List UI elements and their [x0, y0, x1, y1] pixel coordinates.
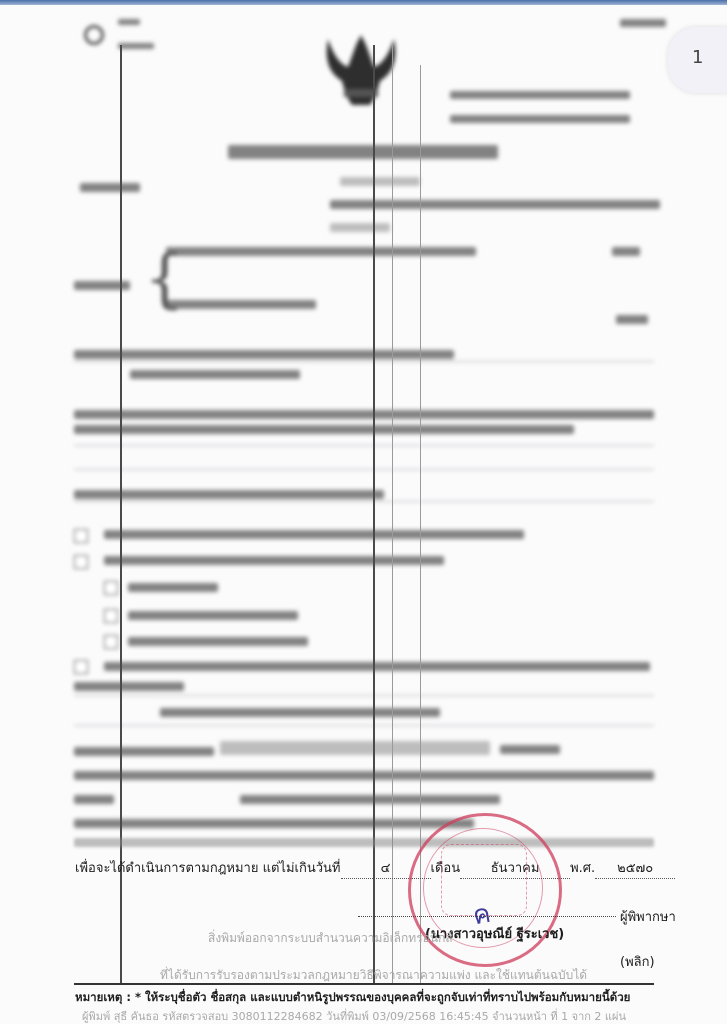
- deadline-year: ๒๕๗๐: [595, 857, 675, 879]
- print-footer: ผู้พิมพ์ สุธี คันธอ รหัสตรวจสอบ 30801122…: [82, 1007, 626, 1024]
- judge-role: ผู้พิพากษา: [620, 906, 676, 927]
- page-number-badge[interactable]: 1: [668, 27, 727, 93]
- page-number: 1: [692, 47, 703, 68]
- year-label: พ.ศ.: [570, 861, 595, 876]
- redacted-line: [74, 838, 654, 847]
- signature-line: [358, 904, 616, 917]
- flip-note: (พลิก): [620, 951, 655, 972]
- deadline-line: เพื่อจะได้ดำเนินการตามกฎหมาย แต่ไม่เกินว…: [75, 857, 675, 879]
- redacted-content: {: [0, 5, 727, 825]
- footer-divider: [74, 983, 654, 985]
- printed-from-system: สิ่งพิมพ์ออกจากระบบสำนวนความอิเล็กทรอนิก…: [208, 929, 453, 948]
- radio-circle-icon: [84, 25, 104, 45]
- deadline-prefix: เพื่อจะได้ดำเนินการตามกฎหมาย แต่ไม่เกินว…: [75, 861, 341, 876]
- document-page: {: [0, 5, 727, 1024]
- remark: หมายเหตุ : * ให้ระบุชื่อตัว ชื่อสกุล และ…: [75, 989, 630, 1007]
